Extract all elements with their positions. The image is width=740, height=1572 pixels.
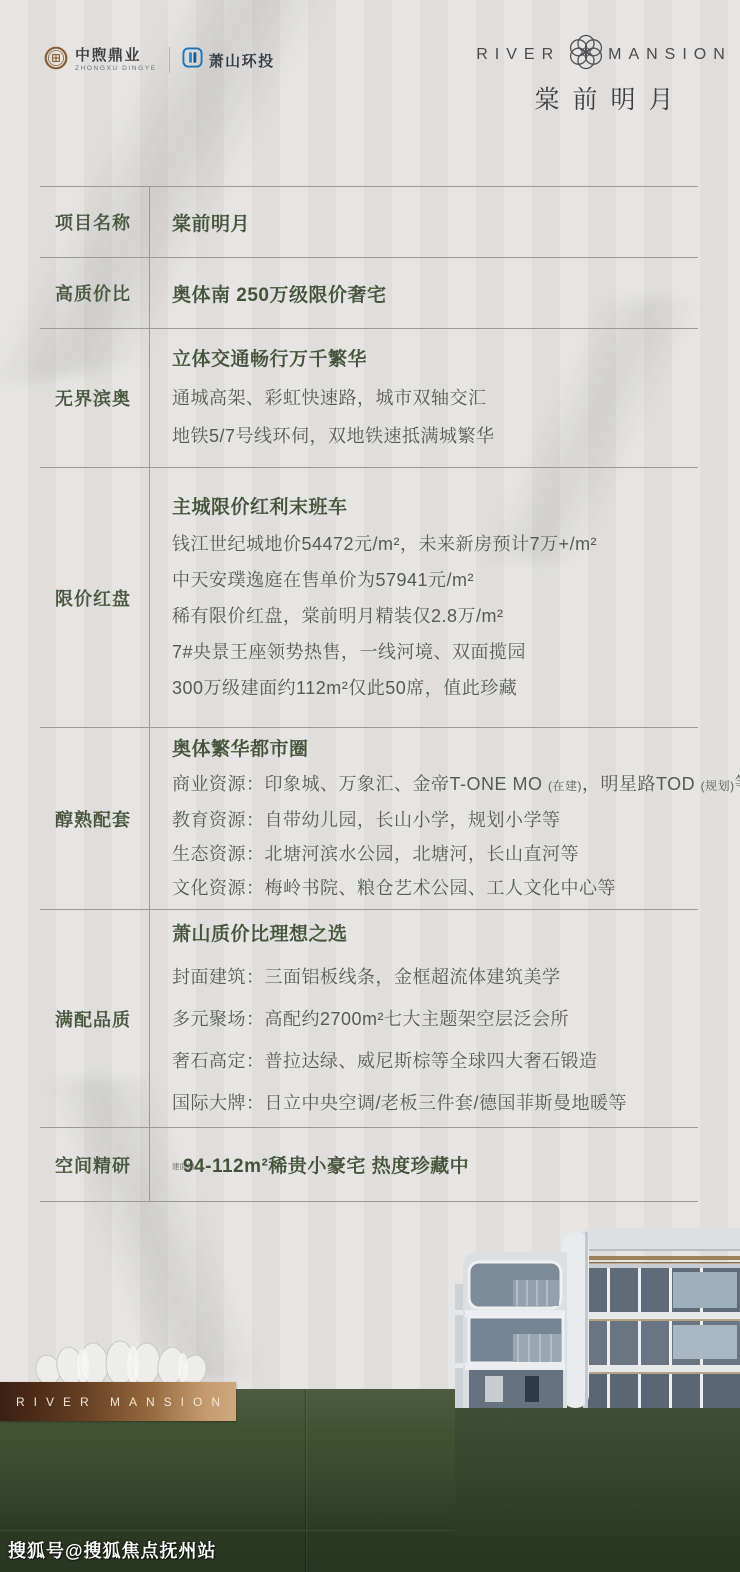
row-headline: 奥体南 250万级限价奢宅 (172, 280, 698, 307)
xiaoshan-logo-icon (182, 47, 203, 73)
banner-text: RIVER MANSION (7, 1395, 229, 1409)
row-content: 萧山质价比理想之选封面建筑：三面铝板线条，金框超流体建筑美学多元聚场：高配约27… (150, 910, 698, 1127)
row-line: 生态资源：北塘河滨水公园，北塘河，长山直河等 (172, 837, 740, 871)
row-line: 通城高架、彩虹快速路，城市双轴交汇 (172, 379, 698, 417)
row-line: 300万级建面约112m²仅此50席，值此珍藏 (172, 670, 698, 706)
logo-divider (169, 47, 170, 73)
row-label: 限价红盘 (40, 468, 150, 727)
watermark: 搜狐号@搜狐焦点抚州站 (8, 1537, 217, 1563)
row-line: 奢石高定：普拉达绿、威尼斯棕等全球四大奢石锻造 (172, 1040, 698, 1082)
brand-en-right: MANSION (608, 46, 732, 64)
row-content: 立体交通畅行万千繁华通城高架、彩虹快速路，城市双轴交汇地铁5/7号线环伺，双地铁… (150, 329, 698, 467)
row-label: 满配品质 (40, 910, 150, 1127)
brand-lockup: RIVER MANSION (500, 32, 708, 77)
brand-en-left: RIVER (476, 46, 560, 64)
table-row: 醇熟配套奥体繁华都市圈商业资源：印象城、万象汇、金帝T-ONE MO (在建)，… (40, 728, 698, 910)
row-line: 商业资源：印象城、万象汇、金帝T-ONE MO (在建)，明星路TOD (规划)… (172, 767, 740, 803)
wall-seam (305, 1389, 306, 1572)
row-line: 7#央景王座领势热售，一线河境、双面揽园 (172, 634, 698, 670)
developer-name: 中煦鼎业 (75, 48, 157, 63)
table-row: 满配品质萧山质价比理想之选封面建筑：三面铝板线条，金框超流体建筑美学多元聚场：高… (40, 910, 698, 1128)
table-row: 高质价比奥体南 250万级限价奢宅 (40, 258, 698, 329)
partner-name: 萧山环投 (209, 50, 275, 71)
row-label: 醇熟配套 (40, 728, 150, 909)
table-row: 项目名称棠前明月 (40, 187, 698, 258)
poster-page: 中煦鼎业 ZHONGXU DINGYE 萧山环投 RIVER (0, 0, 740, 1572)
row-line: 国际大牌：日立中央空调/老板三件套/德国菲斯曼地暖等 (172, 1082, 698, 1124)
table-row: 限价红盘主城限价红利末班车钱江世纪城地价54472元/m²，未来新房预计7万+/… (40, 468, 698, 728)
developer-name-en: ZHONGXU DINGYE (75, 66, 157, 73)
row-content: 主城限价红利末班车钱江世纪城地价54472元/m²，未来新房预计7万+/m²中天… (150, 468, 698, 727)
row-label: 项目名称 (40, 187, 150, 257)
table-row: 无界滨奥立体交通畅行万千繁华通城高架、彩虹快速路，城市双轴交汇地铁5/7号线环伺… (40, 329, 698, 468)
row-line: 稀有限价红盘，棠前明月精装仅2.8万/m² (172, 598, 698, 634)
info-table: 项目名称棠前明月高质价比奥体南 250万级限价奢宅无界滨奥立体交通畅行万千繁华通… (40, 186, 698, 1202)
row-headline: 奥体繁华都市圈 (172, 733, 740, 767)
row-content: 奥体繁华都市圈商业资源：印象城、万象汇、金帝T-ONE MO (在建)，明星路T… (150, 728, 740, 909)
row-line: 钱江世纪城地价54472元/m²，未来新房预计7万+/m² (172, 526, 698, 562)
row-line: 教育资源：自带幼儿园，长山小学，规划小学等 (172, 803, 740, 837)
row-label: 高质价比 (40, 258, 150, 328)
row-content: 奥体南 250万级限价奢宅 (150, 258, 698, 328)
row-content: 建面约94-112m²稀贵小豪宅 热度珍藏中 (150, 1128, 698, 1201)
row-line: 地铁5/7号线环伺，双地铁速抵满城繁华 (172, 417, 698, 455)
row-label: 无界滨奥 (40, 329, 150, 467)
table-row: 空间精研建面约94-112m²稀贵小豪宅 热度珍藏中 (40, 1128, 698, 1202)
row-headline: 建面约94-112m²稀贵小豪宅 热度珍藏中 (172, 1151, 698, 1178)
row-content: 棠前明月 (150, 187, 698, 257)
brand-name-cn: 棠前明月 (500, 80, 708, 116)
row-headline: 立体交通畅行万千繁华 (172, 341, 698, 379)
building-render (455, 1228, 740, 1408)
river-mansion-banner: RIVER MANSION (0, 1382, 236, 1421)
header-logos: 中煦鼎业 ZHONGXU DINGYE 萧山环投 (44, 40, 275, 80)
zhongxu-seal-icon (44, 46, 68, 75)
brand-flower-icon (566, 32, 606, 77)
row-line: 文化资源：梅岭书院、粮仓艺术公园、工人文化中心等 (172, 871, 740, 905)
row-line: 中天安璞逸庭在售单价为57941元/m² (172, 562, 698, 598)
row-line: 多元聚场：高配约2700m²七大主题架空层泛会所 (172, 998, 698, 1040)
green-wall-front (455, 1408, 740, 1572)
row-line: 封面建筑：三面铝板线条，金框超流体建筑美学 (172, 956, 698, 998)
row-headline: 棠前明月 (172, 209, 698, 236)
row-headline: 萧山质价比理想之选 (172, 914, 698, 956)
row-headline: 主城限价红利末班车 (172, 490, 698, 526)
row-label: 空间精研 (40, 1128, 150, 1201)
